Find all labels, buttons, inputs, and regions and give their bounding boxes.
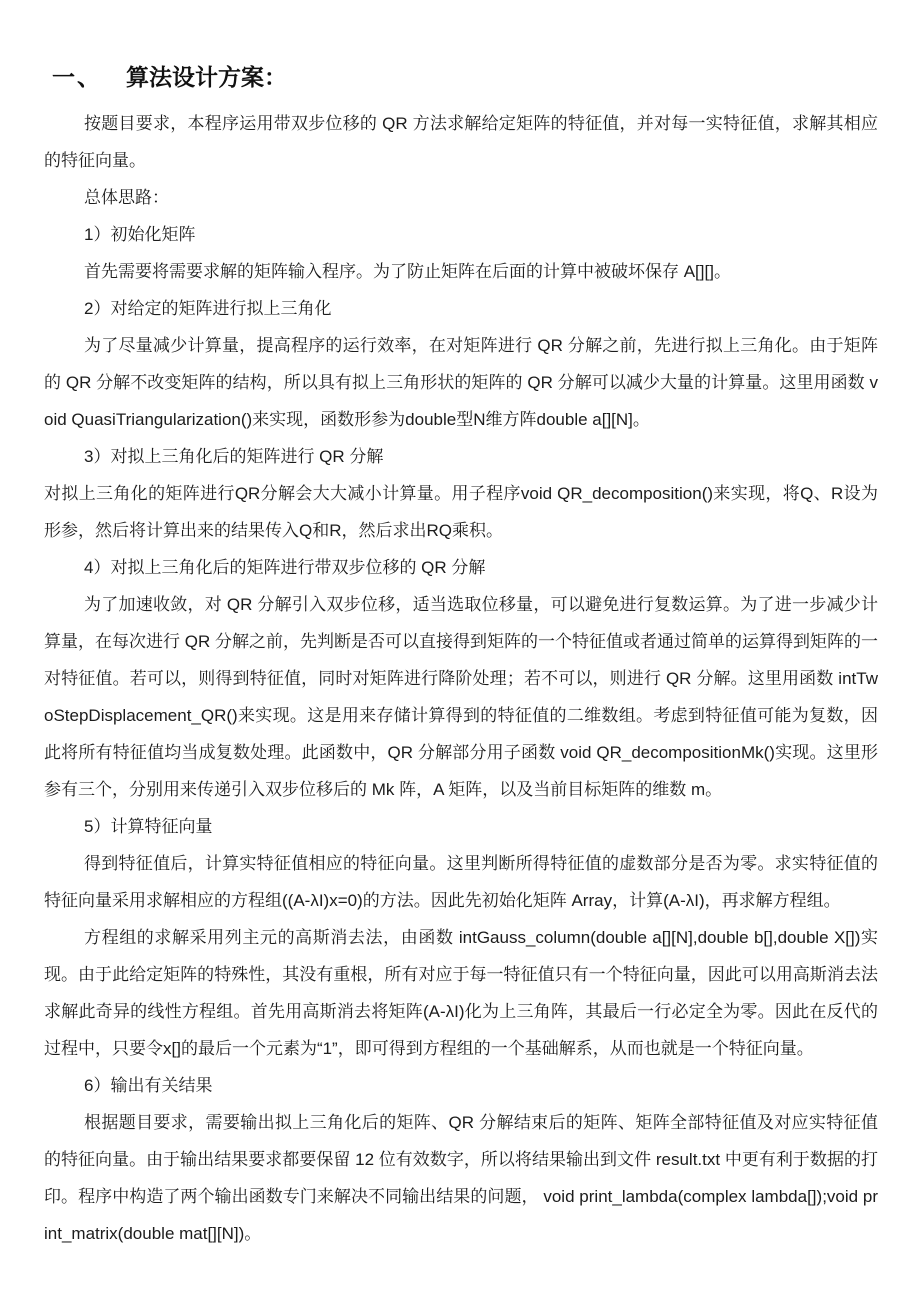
heading-step-4: 4）对拟上三角化后的矩阵进行带双步位移的 QR 分解 [44, 549, 878, 586]
document-page: 一、算法设计方案： 按题目要求，本程序运用带双步位移的 QR 方法求解给定矩阵的… [0, 0, 920, 1302]
heading-step-6: 6）输出有关结果 [44, 1067, 878, 1104]
paragraph-step-2: 为了尽量减少计算量，提高程序的运行效率，在对矩阵进行 QR 分解之前，先进行拟上… [44, 327, 878, 438]
title-text: 算法设计方案： [126, 64, 287, 90]
page-title: 一、算法设计方案： [52, 62, 878, 92]
heading-step-3: 3）对拟上三角化后的矩阵进行 QR 分解 [44, 438, 878, 475]
paragraph-step-5-gauss: 方程组的求解采用列主元的高斯消去法，由函数 intGauss_column(do… [44, 919, 878, 1067]
heading-step-2: 2）对给定的矩阵进行拟上三角化 [44, 290, 878, 327]
paragraph-outline-label: 总体思路： [44, 179, 878, 216]
paragraph-step-5: 得到特征值后，计算实特征值相应的特征向量。这里判断所得特征值的虚数部分是否为零。… [44, 845, 878, 919]
title-list-number: 一、 [52, 62, 102, 92]
paragraph-step-1: 首先需要将需要求解的矩阵输入程序。为了防止矩阵在后面的计算中被破坏保存 A[][… [44, 253, 878, 290]
paragraph-intro: 按题目要求，本程序运用带双步位移的 QR 方法求解给定矩阵的特征值，并对每一实特… [44, 105, 878, 179]
paragraph-step-6: 根据题目要求，需要输出拟上三角化后的矩阵、QR 分解结束后的矩阵、矩阵全部特征值… [44, 1104, 878, 1252]
heading-step-5: 5）计算特征向量 [44, 808, 878, 845]
heading-step-1: 1）初始化矩阵 [44, 216, 878, 253]
paragraph-step-4: 为了加速收敛，对 QR 分解引入双步位移，适当选取位移量，可以避免进行复数运算。… [44, 586, 878, 808]
paragraph-step-3: 对拟上三角化的矩阵进行QR分解会大大减小计算量。用子程序void QR_deco… [44, 475, 878, 549]
